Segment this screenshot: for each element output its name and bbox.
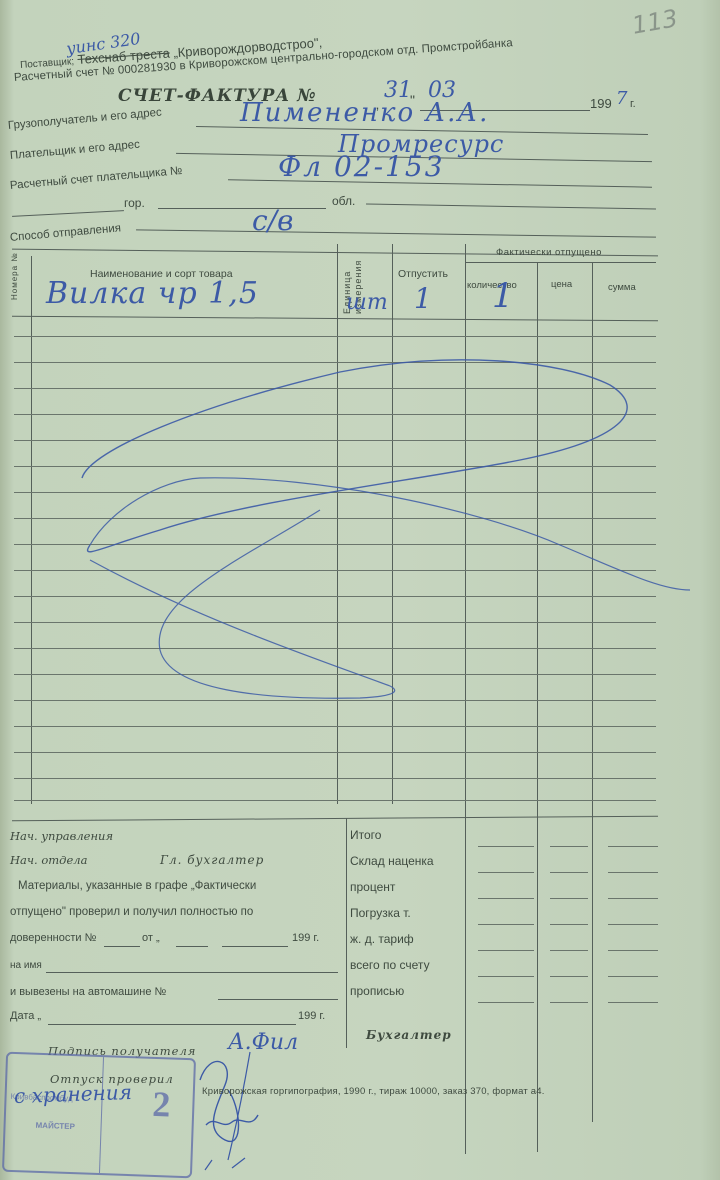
vehicle-field[interactable] xyxy=(218,999,338,1000)
storage-handwritten: с хранения xyxy=(14,1080,133,1108)
loading-label: Погрузка т. xyxy=(350,906,411,920)
payer-account-value: Фл 02-153 xyxy=(278,150,445,183)
stamp-number: 2 xyxy=(152,1083,171,1126)
total-label: Итого xyxy=(350,828,381,842)
name-label: на имя xyxy=(10,960,42,971)
head-dept-label: Нач. отдела xyxy=(10,853,87,867)
total-invoice-label: всего по счету xyxy=(350,958,430,972)
chief-accountant-label: Гл. бухгалтер xyxy=(160,853,264,867)
shipping-label: Способ отправления xyxy=(9,222,121,244)
vehicle-label: и вывезены на автомашине № xyxy=(10,986,166,998)
proxy-label: доверенности № xyxy=(10,932,96,944)
proxy-day-field[interactable] xyxy=(176,946,208,947)
col-line-price xyxy=(592,262,593,1122)
proxy-month-field[interactable] xyxy=(222,946,288,947)
header-price: цена xyxy=(551,279,572,290)
accountant-label: Бухгалтер xyxy=(366,1028,452,1042)
percent-label: процент xyxy=(350,880,395,894)
actual-group-underline xyxy=(466,262,656,263)
page-number-pencil: 113 xyxy=(630,4,680,40)
proxy-from-label: от „ xyxy=(142,932,160,944)
header-number: Номера № xyxy=(10,252,19,300)
region-label: обл. xyxy=(332,194,355,208)
year-digit-hand: 7 xyxy=(616,88,627,109)
proxy-number-field[interactable] xyxy=(104,946,140,947)
row-item-qty: 1 xyxy=(492,276,514,316)
footer-top-border xyxy=(12,816,658,822)
shipping-underline xyxy=(136,229,656,237)
header-sum: сумма xyxy=(608,282,636,293)
materials-text-1: Материалы, указанные в графе „Фактически xyxy=(18,880,256,892)
header-release: Отпустить xyxy=(398,268,448,280)
materials-text-2: отпущено" проверил и получил полностью п… xyxy=(10,906,253,918)
region-underline xyxy=(366,203,656,209)
recipient-signature: А.Фил xyxy=(228,1030,298,1055)
consignee-value: Пимененко А.А. xyxy=(240,98,489,128)
printer-info: Криворожская горгипография, 1990 г., тир… xyxy=(202,1086,545,1097)
footer-divider xyxy=(346,818,347,1048)
col-line-release xyxy=(465,244,466,1154)
head-mgmt-label: Нач. управления xyxy=(10,829,113,843)
header-actual-group: Фактически отпущено xyxy=(496,247,602,258)
year-suffix: г. xyxy=(630,98,636,110)
col-line-name xyxy=(337,244,338,804)
rail-tariff-label: ж. д. тариф xyxy=(350,932,414,946)
col-line-qty xyxy=(537,262,538,1152)
city-prefix-underline xyxy=(12,210,124,217)
col-line-number xyxy=(31,256,32,804)
shipping-value: с/в xyxy=(252,204,293,237)
in-words-label: прописью xyxy=(350,984,404,998)
date-field[interactable] xyxy=(48,1024,296,1025)
row-item-name: Вилка чр 1,5 xyxy=(46,276,259,311)
consignee-label: Грузополучатель и его адрес xyxy=(7,107,162,132)
payer-account-label: Расчетный счет плательщика № xyxy=(9,165,182,192)
date-label: Дата „ xyxy=(10,1010,41,1022)
col-line-unit xyxy=(392,244,393,804)
payer-label: Плательщик и его адрес xyxy=(9,139,140,162)
table-header-bottom-border xyxy=(12,316,658,322)
city-label: гор. xyxy=(124,196,145,210)
name-field[interactable] xyxy=(46,972,338,973)
stamp: Кривбаспромбуд МАЙСТЕР 2 xyxy=(2,1052,196,1179)
stamp-text-2: МАЙСТЕР xyxy=(35,1121,75,1131)
row-item-release: 1 xyxy=(414,282,432,315)
year-prefix: 199 xyxy=(590,96,612,111)
warehouse-markup-label: Склад наценка xyxy=(350,854,434,868)
city-underline xyxy=(158,208,326,209)
row-item-unit: шт xyxy=(346,290,388,315)
proxy-year-label: 199 г. xyxy=(292,932,319,944)
date-year-label: 199 г. xyxy=(298,1010,325,1022)
